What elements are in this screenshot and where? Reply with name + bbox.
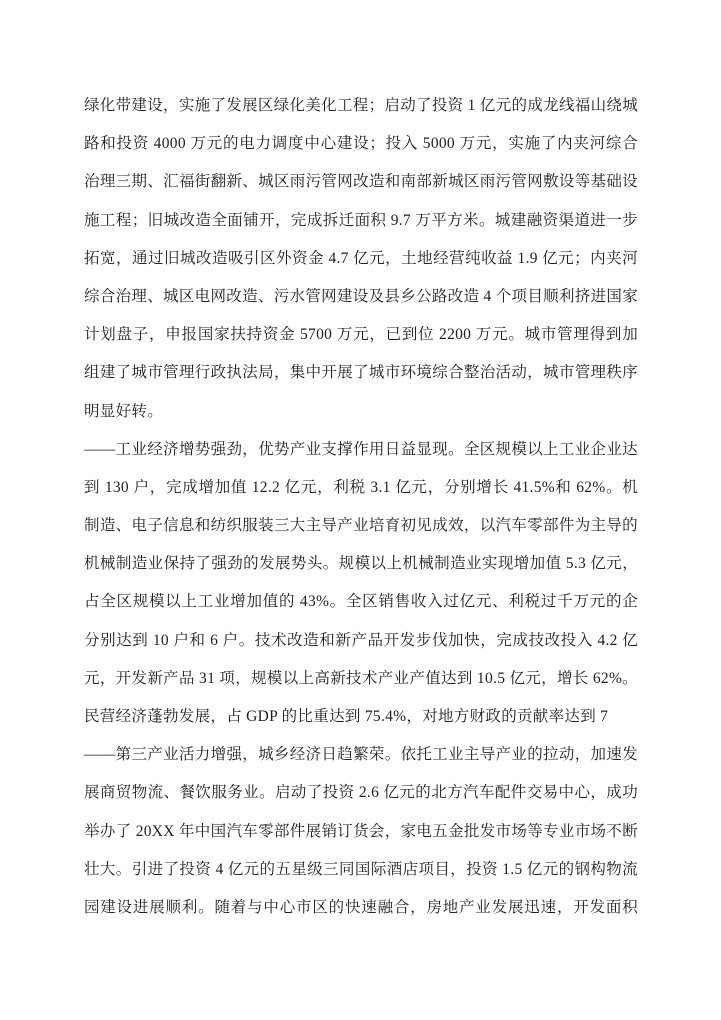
text-line: 举办了 20XX 年中国汽车零部件展销订货会，家电五金批发市场等专业市场不断 xyxy=(84,813,638,851)
text-line: 治理三期、汇福街翻新、城区雨污管网改造和南部新城区雨污管网敷设等基础设 xyxy=(84,163,638,201)
text-line: 组建了城市管理行政执法局，集中开展了城市环境综合整治活动，城市管理秩序 xyxy=(84,354,638,392)
text-line: 壮大。引进了投资 4 亿元的五星级三同国际酒店项目，投资 1.5 亿元的钢构物流 xyxy=(84,851,638,889)
text-line: 园建设进展顺利。随着与中心市区的快速融合，房地产业发展迅速，开发面积 xyxy=(84,889,638,927)
text-line: 占全区规模以上工业增加值的 43%。全区销售收入过亿元、利税过千万元的企业 xyxy=(84,583,638,621)
text-line: ——工业经济增势强劲，优势产业支撑作用日益显现。全区规模以上工业企业达 xyxy=(84,431,638,469)
document-body: 绿化带建设，实施了发展区绿化美化工程；启动了投资 1 亿元的成龙线福山绕城路和投… xyxy=(84,87,638,927)
paragraph-3: ——第三产业活力增强，城乡经济日趋繁荣。依托工业主导产业的拉动，加速发展商贸物流… xyxy=(84,736,638,927)
text-line: 明显好转。 xyxy=(84,393,638,431)
text-line: 到 130 户，完成增加值 12.2 亿元，利税 3.1 亿元，分别增长 41.… xyxy=(84,469,638,507)
paragraph-1: 绿化带建设，实施了发展区绿化美化工程；启动了投资 1 亿元的成龙线福山绕城路和投… xyxy=(84,87,638,431)
text-line: 展商贸物流、餐饮服务业。启动了投资 2.6 亿元的北方汽车配件交易中心，成功 xyxy=(84,774,638,812)
paragraph-2: ——工业经济增势强劲，优势产业支撑作用日益显现。全区规模以上工业企业达到 130… xyxy=(84,431,638,737)
text-line: 机械制造业保持了强劲的发展势头。规模以上机械制造业实现增加值 5.3 亿元， xyxy=(84,545,638,583)
text-line: 制造、电子信息和纺织服装三大主导产业培育初见成效，以汽车零部件为主导的 xyxy=(84,507,638,545)
text-line: 计划盘子，申报国家扶持资金 5700 万元，已到位 2200 万元。城市管理得到… xyxy=(84,316,638,354)
text-line: 民营经济蓬勃发展，占 GDP 的比重达到 75.4%，对地方财政的贡献率达到 7… xyxy=(84,698,638,736)
text-line: ——第三产业活力增强，城乡经济日趋繁荣。依托工业主导产业的拉动，加速发 xyxy=(84,736,638,774)
text-line: 拓宽，通过旧城改造吸引区外资金 4.7 亿元，土地经营纯收益 1.9 亿元；内夹… xyxy=(84,240,638,278)
text-line: 综合治理、城区电网改造、污水管网建设及县乡公路改造 4 个项目顺利挤进国家 xyxy=(84,278,638,316)
text-line: 元，开发新产品 31 项，规模以上高新技术产业产值达到 10.5 亿元，增长 6… xyxy=(84,660,638,698)
document-page: 绿化带建设，实施了发展区绿化美化工程；启动了投资 1 亿元的成龙线福山绕城路和投… xyxy=(0,0,721,1020)
text-line: 分别达到 10 户和 6 户。技术改造和新产品开发步伐加快，完成技改投入 4.2… xyxy=(84,622,638,660)
text-line: 施工程；旧城改造全面铺开，完成拆迁面积 9.7 万平方米。城建融资渠道进一步 xyxy=(84,202,638,240)
text-line: 绿化带建设，实施了发展区绿化美化工程；启动了投资 1 亿元的成龙线福山绕城 xyxy=(84,87,638,125)
text-line: 路和投资 4000 万元的电力调度中心建设；投入 5000 万元，实施了内夹河综… xyxy=(84,125,638,163)
